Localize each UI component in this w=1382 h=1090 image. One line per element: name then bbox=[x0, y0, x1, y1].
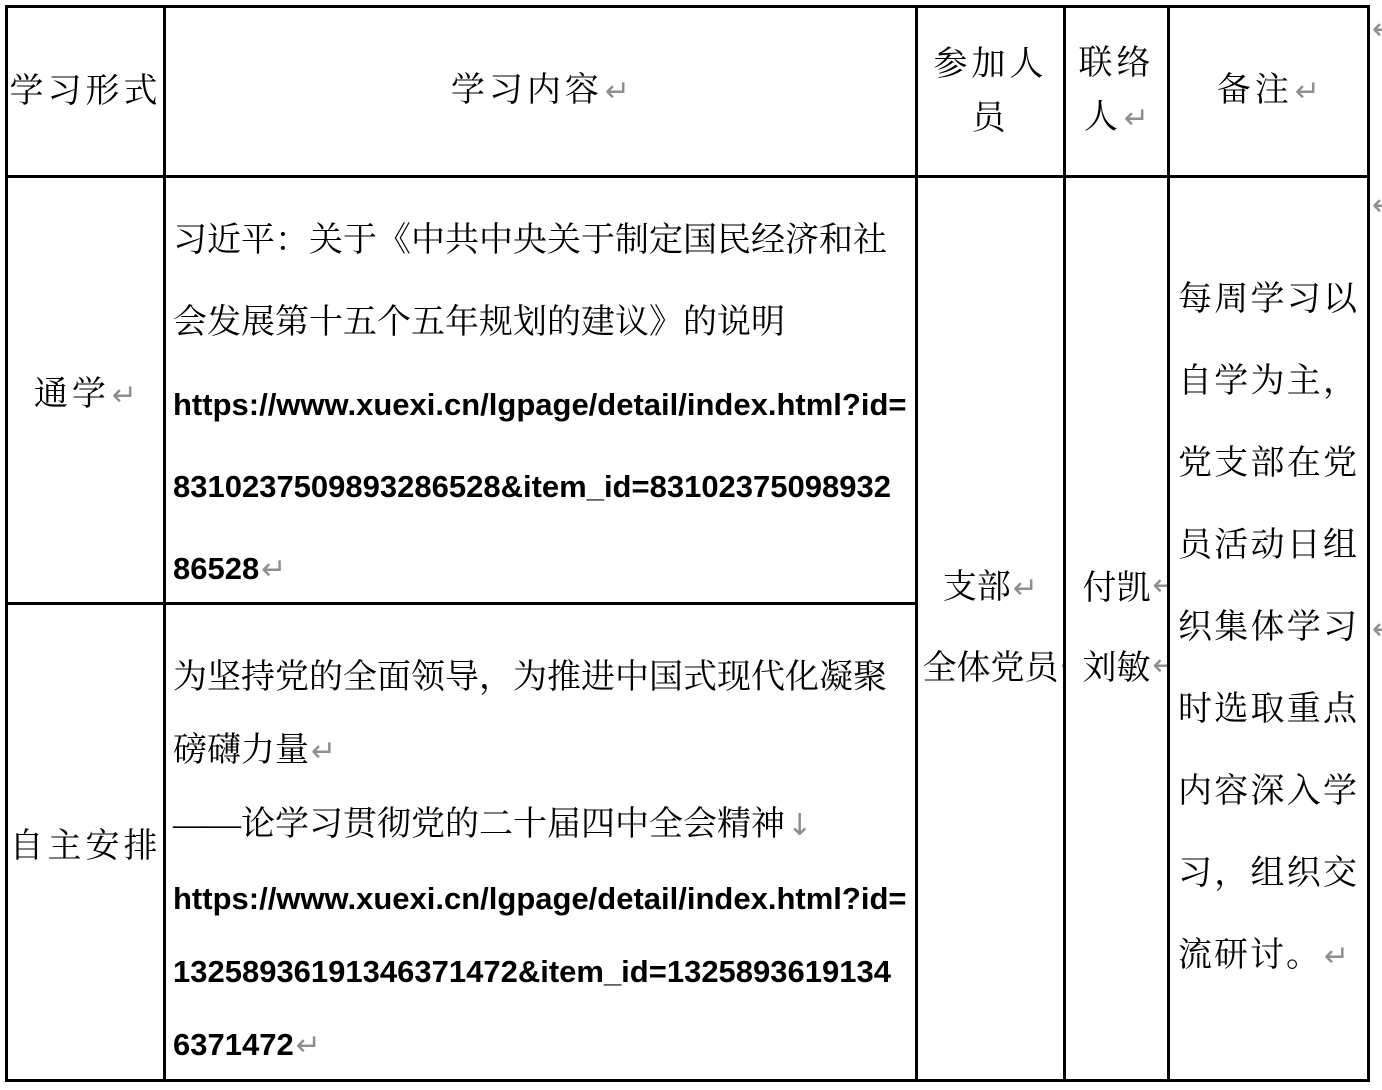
header-cell-form[interactable]: 学习形式↵ bbox=[8, 8, 166, 178]
content-url-row1-line2[interactable]: 8310237509893286528&item_id=831023750989… bbox=[173, 446, 911, 528]
header-cell-participants[interactable]: 参加人员↵ bbox=[918, 8, 1066, 178]
content-url-row1-line3[interactable]: 86528↵ bbox=[173, 528, 911, 605]
header-label-content: 学习内容 bbox=[451, 72, 603, 109]
end-of-row-mark-icon: ↵ bbox=[1372, 188, 1382, 223]
form-label-row2: 自主安排 bbox=[10, 828, 162, 865]
cell-form-row2[interactable]: 自主安排↵ bbox=[8, 605, 166, 1079]
paragraph-mark-icon: ↵ bbox=[309, 734, 336, 769]
header-cell-liaison[interactable]: 联络人↵ bbox=[1066, 8, 1170, 178]
paragraph-mark-icon: ↵ bbox=[1122, 101, 1149, 136]
header-label-remarks: 备注 bbox=[1217, 72, 1293, 109]
paragraph-mark-icon: ↵ bbox=[1293, 74, 1320, 109]
content-url-row2-line1[interactable]: https://www.xuexi.cn/lgpage/detail/index… bbox=[173, 862, 911, 935]
end-of-row-mark-icon: ↵ bbox=[1372, 12, 1382, 47]
paragraph-mark-icon: ↵ bbox=[110, 378, 137, 413]
liaison-line2: 刘敏 bbox=[1083, 650, 1151, 687]
cell-remarks[interactable]: 每周学习以自学为主，党支部在党员活动日组织集体学习时选取重点内容深入学习，组织交… bbox=[1170, 178, 1367, 1079]
paragraph-mark-icon: ↵ bbox=[1151, 625, 1171, 705]
content-url-row2-line3[interactable]: 6371472↵ bbox=[173, 1008, 911, 1079]
content-subtitle-row2: ——论学习贯彻党的二十届四中全会精神↓ bbox=[173, 788, 911, 862]
content-url-row1-line1[interactable]: https://www.xuexi.cn/lgpage/detail/index… bbox=[173, 364, 911, 446]
study-plan-table: 学习形式↵ 学习内容↵ 参加人员↵ 联络人↵ 备注↵ 通学↵ bbox=[5, 5, 1370, 1082]
cell-content-row1[interactable]: 习近平：关于《中共中央关于制定国民经济和社会发展第十五个五年规划的建议》的说明 … bbox=[166, 178, 918, 605]
line-break-mark-icon: ↓ bbox=[785, 808, 812, 843]
paragraph-mark-icon: ↵ bbox=[603, 74, 630, 109]
paragraph-mark-icon: ↵ bbox=[259, 552, 286, 587]
document-page: 学习形式↵ 学习内容↵ 参加人员↵ 联络人↵ 备注↵ 通学↵ bbox=[0, 0, 1382, 1090]
form-label-row1: 通学 bbox=[34, 376, 110, 413]
header-label-participants: 参加人员 bbox=[934, 46, 1048, 137]
remarks-text: 每周学习以自学为主，党支部在党员活动日组织集体学习时选取重点内容深入学习，组织交… bbox=[1178, 259, 1359, 998]
cell-form-row1[interactable]: 通学↵ bbox=[8, 178, 166, 605]
content-title-row1: 习近平：关于《中共中央关于制定国民经济和社会发展第十五个五年规划的建议》的说明 bbox=[173, 200, 911, 364]
end-of-row-mark-icon: ↵ bbox=[1372, 612, 1382, 647]
header-label-form: 学习形式 bbox=[10, 73, 162, 110]
paragraph-mark-icon: ↵ bbox=[1322, 939, 1349, 974]
header-cell-remarks[interactable]: 备注↵ bbox=[1170, 8, 1367, 178]
participants-line1: 支部 bbox=[943, 569, 1011, 606]
cell-participants[interactable]: 支部↵ 全体党员↵ bbox=[918, 178, 1066, 1079]
content-title-row2: 为坚持党的全面领导，为推进中国式现代化凝聚磅礴力量↵ bbox=[173, 641, 911, 788]
paragraph-mark-icon: ↵ bbox=[294, 1028, 321, 1063]
cell-liaison[interactable]: 付凯↵ 刘敏↵ bbox=[1066, 178, 1170, 1079]
participants-line2: 全体党员 bbox=[923, 650, 1059, 687]
content-url-row2-line2[interactable]: 13258936191346371472&item_id=13258936191… bbox=[173, 935, 911, 1008]
header-cell-content[interactable]: 学习内容↵ bbox=[166, 8, 918, 178]
paragraph-mark-icon: ↵ bbox=[1151, 545, 1171, 625]
cell-content-row2[interactable]: 为坚持党的全面领导，为推进中国式现代化凝聚磅礴力量↵ ——论学习贯彻党的二十届四… bbox=[166, 605, 918, 1079]
liaison-line1: 付凯 bbox=[1083, 570, 1151, 607]
paragraph-mark-icon: ↵ bbox=[1059, 626, 1067, 706]
paragraph-mark-icon: ↵ bbox=[1011, 571, 1038, 606]
